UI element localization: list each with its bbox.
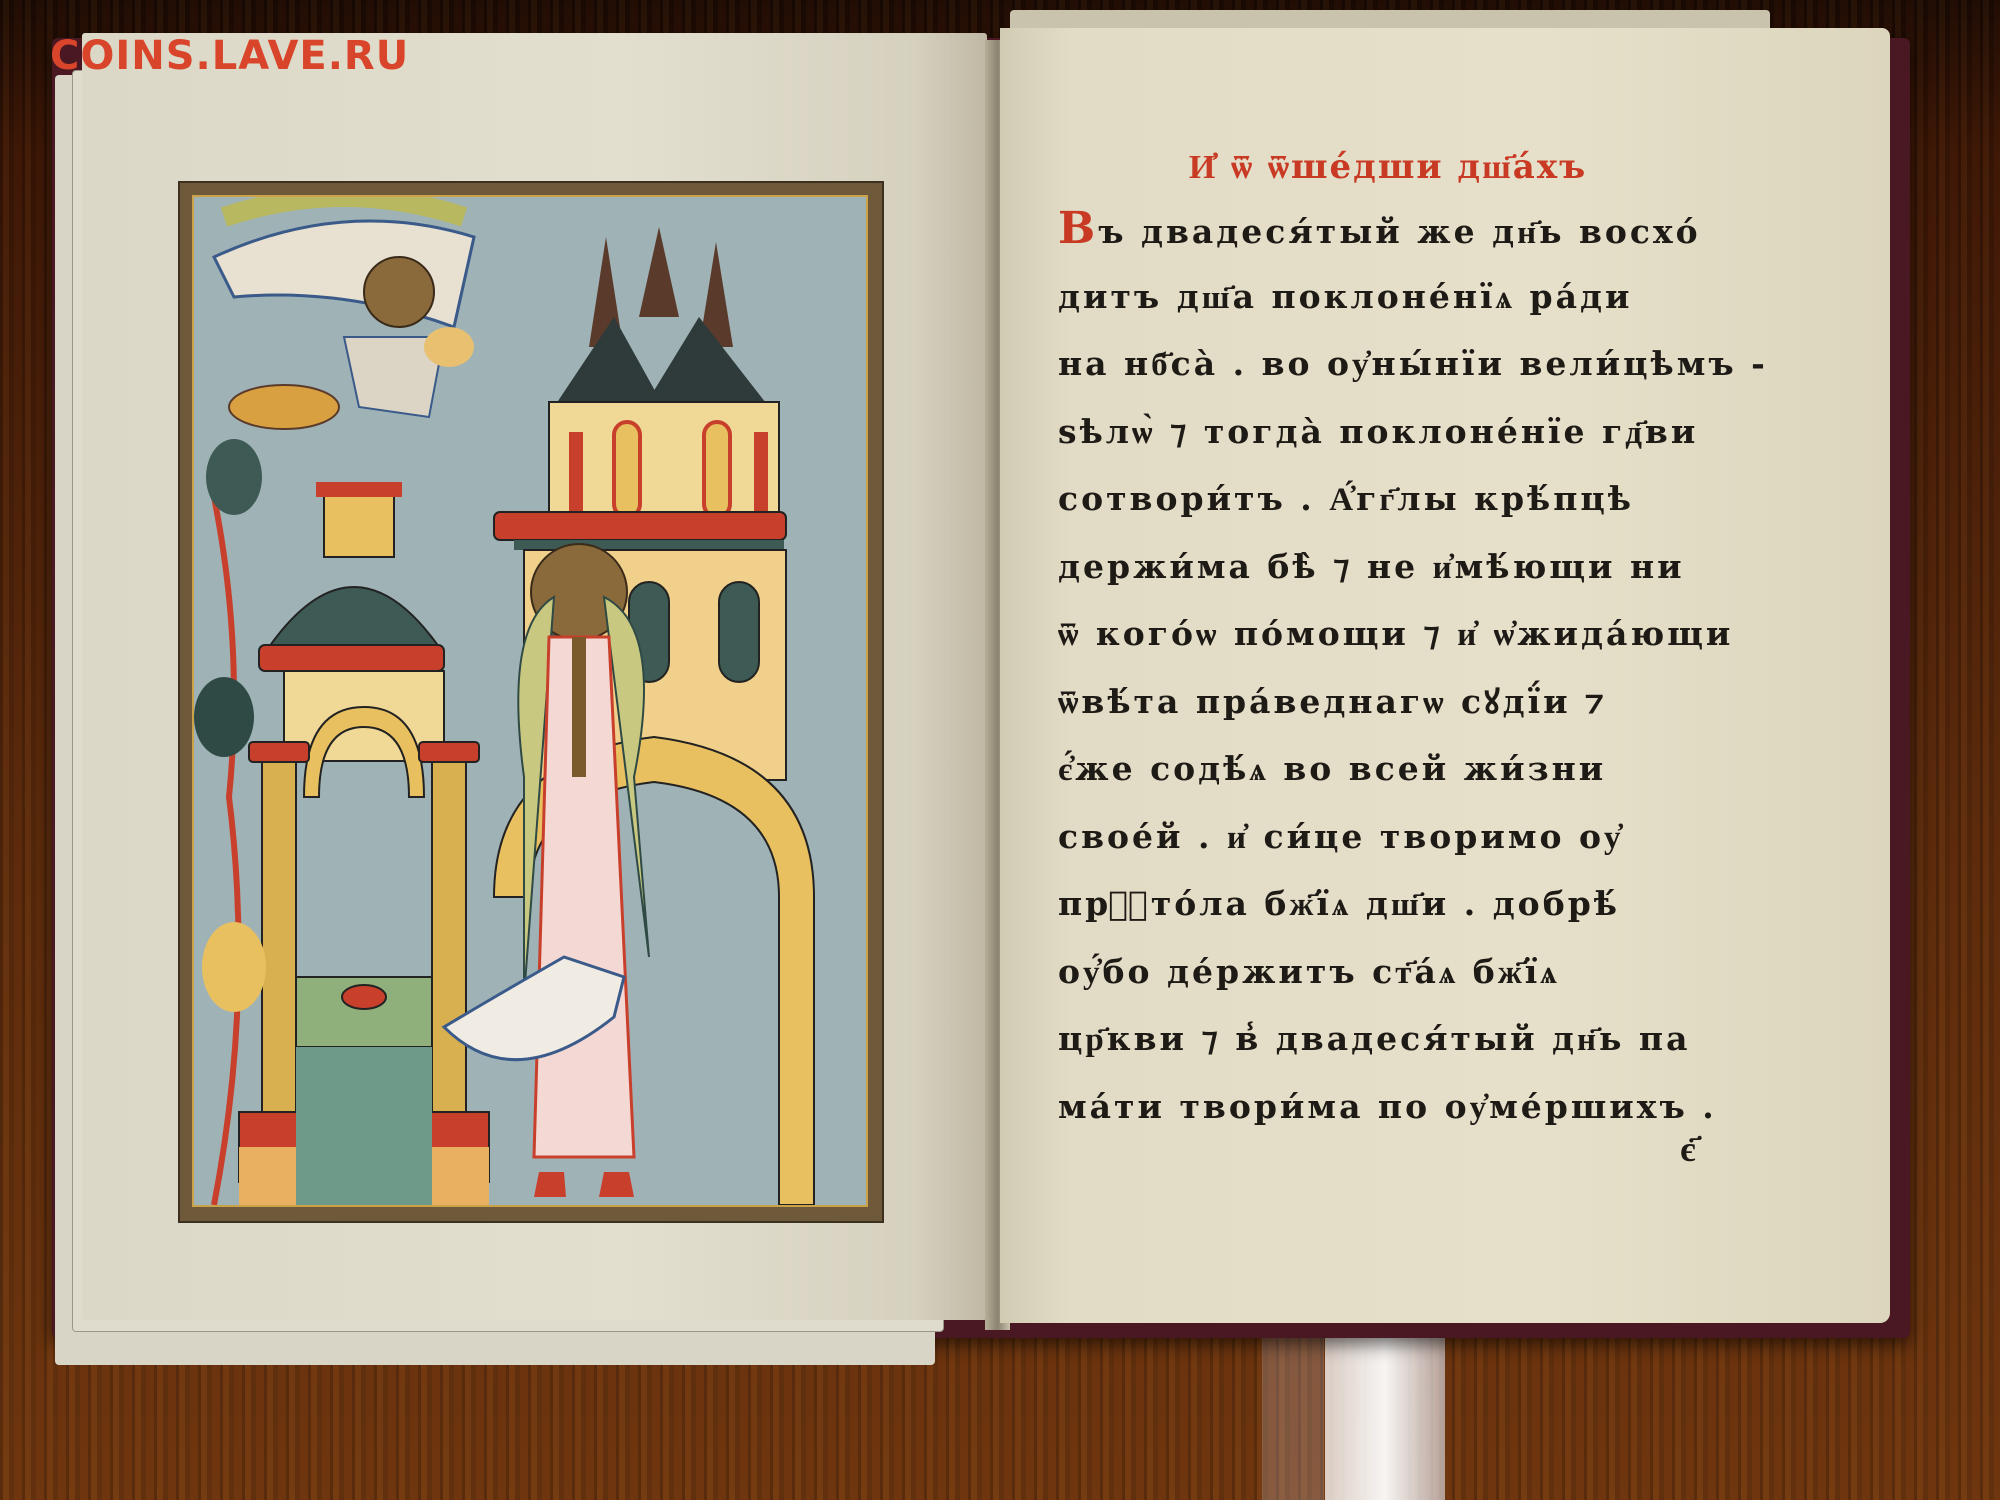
- table-reflection-highlight: [1325, 1325, 1445, 1500]
- drop-initial: В: [1058, 203, 1098, 254]
- text-line: на нб҃са̀ . во оу҆ны́нїи вели́цѣмъ -: [1058, 330, 1678, 398]
- illustration: [192, 195, 868, 1207]
- text-line: ма́ти твори́ма по оу҆ме́ршихъ .: [1058, 1073, 1678, 1141]
- text-line: ѕѣлѡ̀ ⁊ тогда̀ поклоне́нїе гд҃ви: [1058, 398, 1678, 466]
- slavonic-text-block: И҆ ѿ ѿше́дши дш҃а́хъ Въ двадеся́тый же д…: [1058, 140, 1678, 1140]
- chapter-heading: И҆ ѿ ѿше́дши дш҃а́хъ: [1098, 140, 1678, 195]
- text-line: держи́ма бѣ̀ ⁊ не и҆мѣ́ющи ни: [1058, 533, 1678, 601]
- text-line: прⷭ҇то́ла бж҃їѧ дш҃и . добрѣ́: [1058, 870, 1678, 938]
- text-line: дитъ дш҃а поклоне́нїѧ ра́ди: [1058, 263, 1678, 331]
- text-line-content: ъ двадеся́тый же дн҃ь восхо́: [1098, 212, 1700, 251]
- page-number: є҃: [1680, 1128, 1696, 1170]
- table-reflection: [1262, 1325, 1324, 1500]
- text-line: сотвори́тъ . А҆́гг҃лы крѣ́пцѣ: [1058, 465, 1678, 533]
- text-line: ѿвѣ́та пра́веднагѡ сꙋдї́и ⁊: [1058, 668, 1678, 736]
- text-line: цр҃кви ⁊ в̾ двадеся́тый дн҃ь па: [1058, 1005, 1678, 1073]
- text-line: ѿ кого́ѡ по́мощи ⁊ и҆ ѡ҆жида́ющи: [1058, 600, 1678, 668]
- illustration-artwork: [194, 197, 866, 1205]
- text-line: Въ двадеся́тый же дн҃ь восхо́: [1058, 195, 1678, 263]
- watermark: COINS.LAVE.RU: [50, 33, 409, 79]
- text-line: є҆́же содѣ́ѧ во всей жи́зни: [1058, 735, 1678, 803]
- text-line: оу҆́бо де́ржитъ ст҃а́ѧ бж҃їѧ: [1058, 938, 1678, 1006]
- text-line: свое́й . и҆ си́це творимо оу҆: [1058, 803, 1678, 871]
